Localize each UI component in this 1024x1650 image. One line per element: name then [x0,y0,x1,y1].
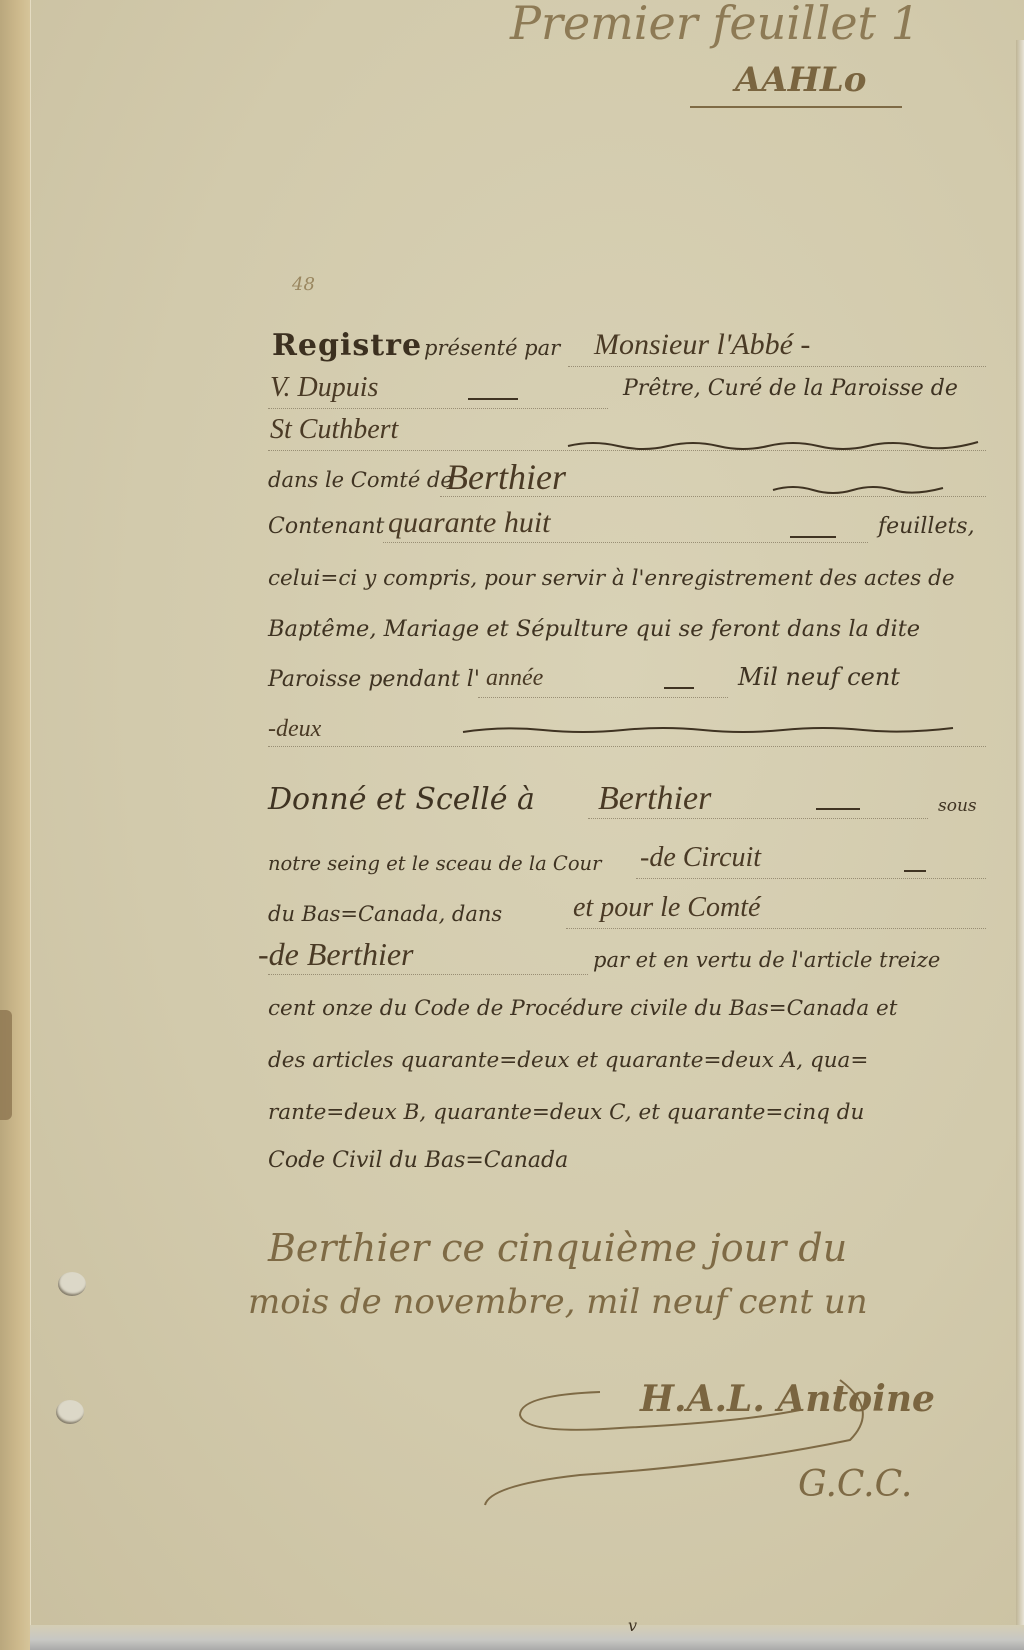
fill-rule [268,974,588,975]
filled-county-repeat: -de Berthier [258,936,414,973]
printed-text: présenté par [424,336,560,360]
printed-text: Donné et Scellé à [268,782,535,817]
fill-rule [568,366,986,367]
register-line-7: Baptême, Mariage et Sépulture qui se fer… [268,616,986,652]
dash [904,870,926,872]
closing-line-1: Berthier ce cinquième jour du [268,1226,847,1270]
register-line-5: Contenant quarante huit feuillets, [268,510,986,546]
page-bottom-edge [30,1625,1024,1650]
closing-line-2: mois de novembre, mil neuf cent un [248,1282,868,1322]
register-line-17: Code Civil du Bas=Canada [268,1148,986,1184]
filled-year-number: -deux [268,716,321,743]
filled-year-word: année [486,665,543,692]
filled-leaf-count: quarante huit [388,506,551,540]
fill-rule [566,928,986,929]
printed-text: sous [938,796,977,816]
signatory-title: G.C.C. [798,1464,912,1505]
fill-rule [268,450,986,451]
fill-rule [268,408,608,409]
register-line-15: des articles quarante=deux et quarante=d… [268,1048,986,1084]
fill-rule [440,496,986,497]
folio-initials: AAHLo [735,60,866,100]
dash [468,398,518,400]
page-number-note: 48 [292,274,315,295]
wavy-line [773,482,943,494]
register-line-12: du Bas=Canada, dans et pour le Comté [268,898,986,934]
dash [664,687,694,689]
printed-text: cent onze du Code de Procédure civile du… [268,996,897,1021]
filled-place: Berthier [598,780,711,818]
filled-parish: St Cuthbert [270,414,398,446]
register-line-11: notre seing et le sceau de la Cour -de C… [268,848,986,884]
dash [816,808,860,810]
printed-text: notre seing et le sceau de la Cour [268,852,601,875]
register-line-9: -deux [268,716,986,752]
register-line-16: rante=deux B, quarante=deux C, et quaran… [268,1100,986,1136]
fill-rule [636,878,986,879]
register-line-10: Donné et Scellé à Berthier sous [268,788,986,824]
document-page: Premier feuillet 1 AAHLo 48 Registre pré… [0,0,1024,1650]
page-right-edge [1016,40,1024,1650]
filled-priest-name: V. Dupuis [270,372,378,404]
binding-edge [0,0,31,1650]
printed-text: Mil neuf cent [738,663,900,691]
filled-presenter: Monsieur l'Abbé - [594,328,810,362]
fill-rule [383,542,868,543]
dash [790,536,836,538]
torn-binding [0,1010,12,1120]
printed-text: celui=ci y compris, pour servir à l'enre… [268,566,955,591]
filled-court: -de Circuit [640,842,761,874]
printed-text: Baptême, Mariage et Sépulture qui se fer… [268,616,920,642]
register-line-2: V. Dupuis Prêtre, Curé de la Paroisse de [268,374,986,410]
filled-jurisdiction: et pour le Comté [573,892,760,924]
register-line-14: cent onze du Code de Procédure civile du… [268,996,986,1032]
register-line-6: celui=ci y compris, pour servir à l'enre… [268,566,986,602]
printed-text: dans le Comté de [268,468,453,492]
punch-hole-lower [56,1400,84,1424]
punch-hole-upper [58,1272,86,1296]
fill-rule [268,746,986,747]
filled-county: Berthier [446,456,566,498]
register-line-4: dans le Comté de Berthier [268,464,986,500]
printed-text: rante=deux B, quarante=deux C, et quaran… [268,1100,864,1125]
folio-note: Premier feuillet 1 [510,0,920,50]
printed-text: Prêtre, Curé de la Paroisse de [623,376,958,401]
register-heading: Registre [272,328,422,363]
wavy-line [568,438,978,450]
printed-text: des articles quarante=deux et quarante=d… [268,1048,868,1073]
register-line-13: -de Berthier par et en vertu de l'articl… [268,944,986,980]
footer-mark: v [628,1616,637,1635]
register-line-1: Registre présenté par Monsieur l'Abbé - [268,332,986,368]
fill-rule [588,818,928,819]
printed-text: feuillets, [878,514,975,539]
fill-rule [478,697,728,698]
signature: H.A.L. Antoine [640,1378,935,1420]
printed-text: Paroisse pendant l' [268,667,480,692]
initials-underline [690,106,902,108]
register-line-3: St Cuthbert [268,418,986,454]
printed-text: Code Civil du Bas=Canada [268,1148,568,1173]
wavy-line [463,724,953,736]
printed-text: du Bas=Canada, dans [268,902,502,926]
printed-text: par et en vertu de l'article treize [593,948,940,972]
printed-text: Contenant [268,514,384,539]
register-line-8: Paroisse pendant l' année Mil neuf cent [268,665,986,701]
